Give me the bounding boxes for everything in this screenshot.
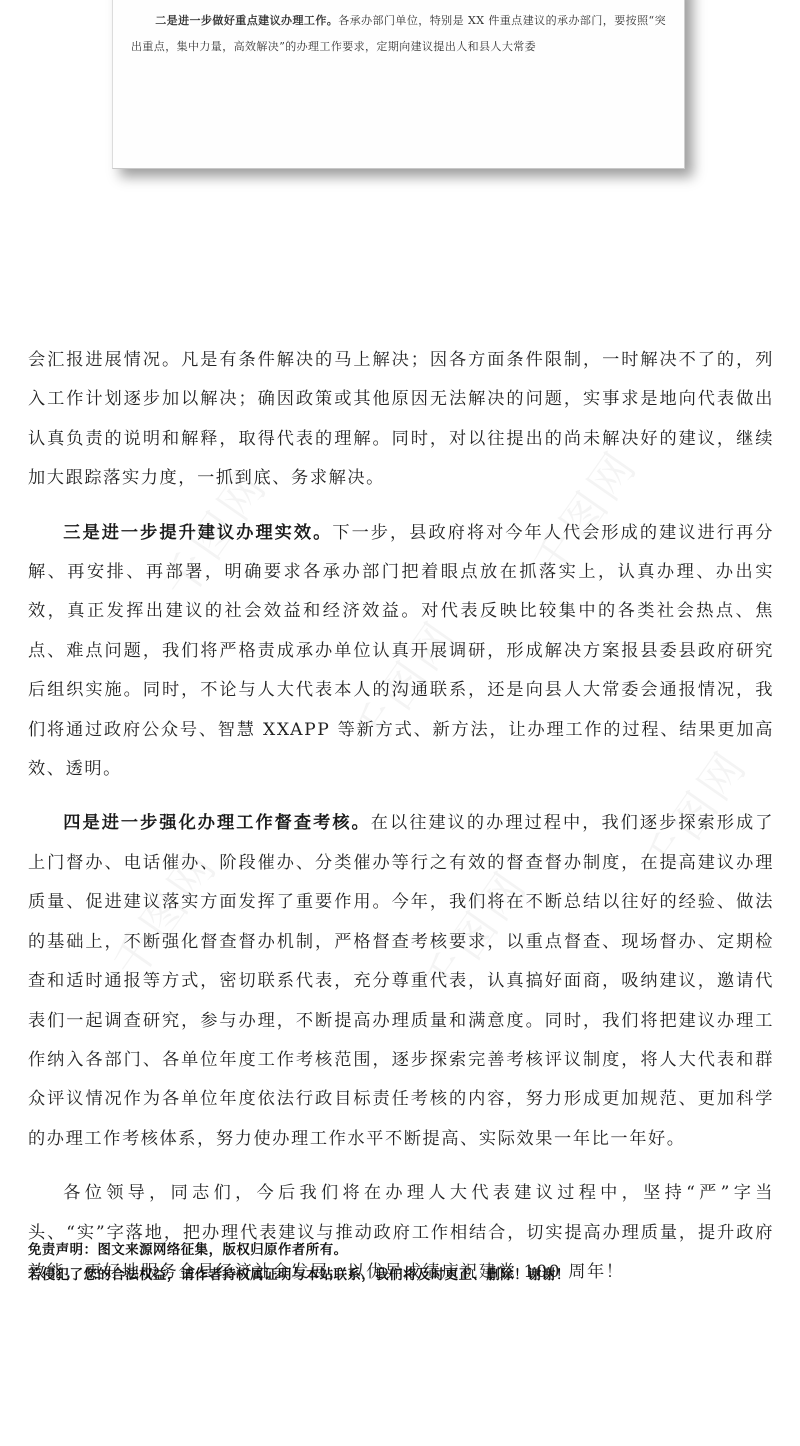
document-preview-card: 二是进一步做好重点建议办理工作。各承办部门单位，特别是 XX 件重点建议的承办部… (112, 0, 685, 169)
paragraph-item-four: 四是进一步强化办理工作督查考核。在以往建议的办理过程中，我们逐步探索形成了上门督… (28, 804, 774, 1159)
paragraph-heading: 三是进一步提升建议办理实效。 (63, 523, 332, 543)
paragraph-text: 在以往建议的办理过程中，我们逐步探索形成了上门督办、电话催办、阶段催办、分类催办… (28, 813, 774, 1148)
preview-card-text: 二是进一步做好重点建议办理工作。各承办部门单位，特别是 XX 件重点建议的承办部… (131, 8, 666, 60)
preview-lead-heading: 二是进一步做好重点建议办理工作。 (155, 14, 338, 27)
disclaimer-line-2: 若侵犯了您的合法权益，请作者持权属证明与本站联系，我们将及时更正、删除！谢谢！ (28, 1263, 768, 1288)
paragraph-heading: 四是进一步强化办理工作督查考核。 (63, 813, 371, 833)
paragraph-continuation: 会汇报进展情况。凡是有条件解决的马上解决；因各方面条件限制，一时解决不了的，列入… (28, 341, 774, 499)
paragraph-text: 下一步，县政府将对今年人代会形成的建议进行再分解、再安排、再部署，明确要求各承办… (28, 523, 774, 779)
paragraph-text: 会汇报进展情况。凡是有条件解决的马上解决；因各方面条件限制，一时解决不了的，列入… (28, 350, 774, 488)
preview-paragraph: 二是进一步做好重点建议办理工作。各承办部门单位，特别是 XX 件重点建议的承办部… (131, 8, 666, 60)
disclaimer-line-1: 免责声明：图文来源网络征集，版权归原作者所有。 (28, 1238, 768, 1263)
paragraph-item-three: 三是进一步提升建议办理实效。下一步，县政府将对今年人代会形成的建议进行再分解、再… (28, 514, 774, 790)
document-body: 会汇报进展情况。凡是有条件解决的马上解决；因各方面条件限制，一时解决不了的，列入… (28, 341, 774, 1307)
disclaimer: 免责声明：图文来源网络征集，版权归原作者所有。 若侵犯了您的合法权益，请作者持权… (28, 1238, 768, 1288)
